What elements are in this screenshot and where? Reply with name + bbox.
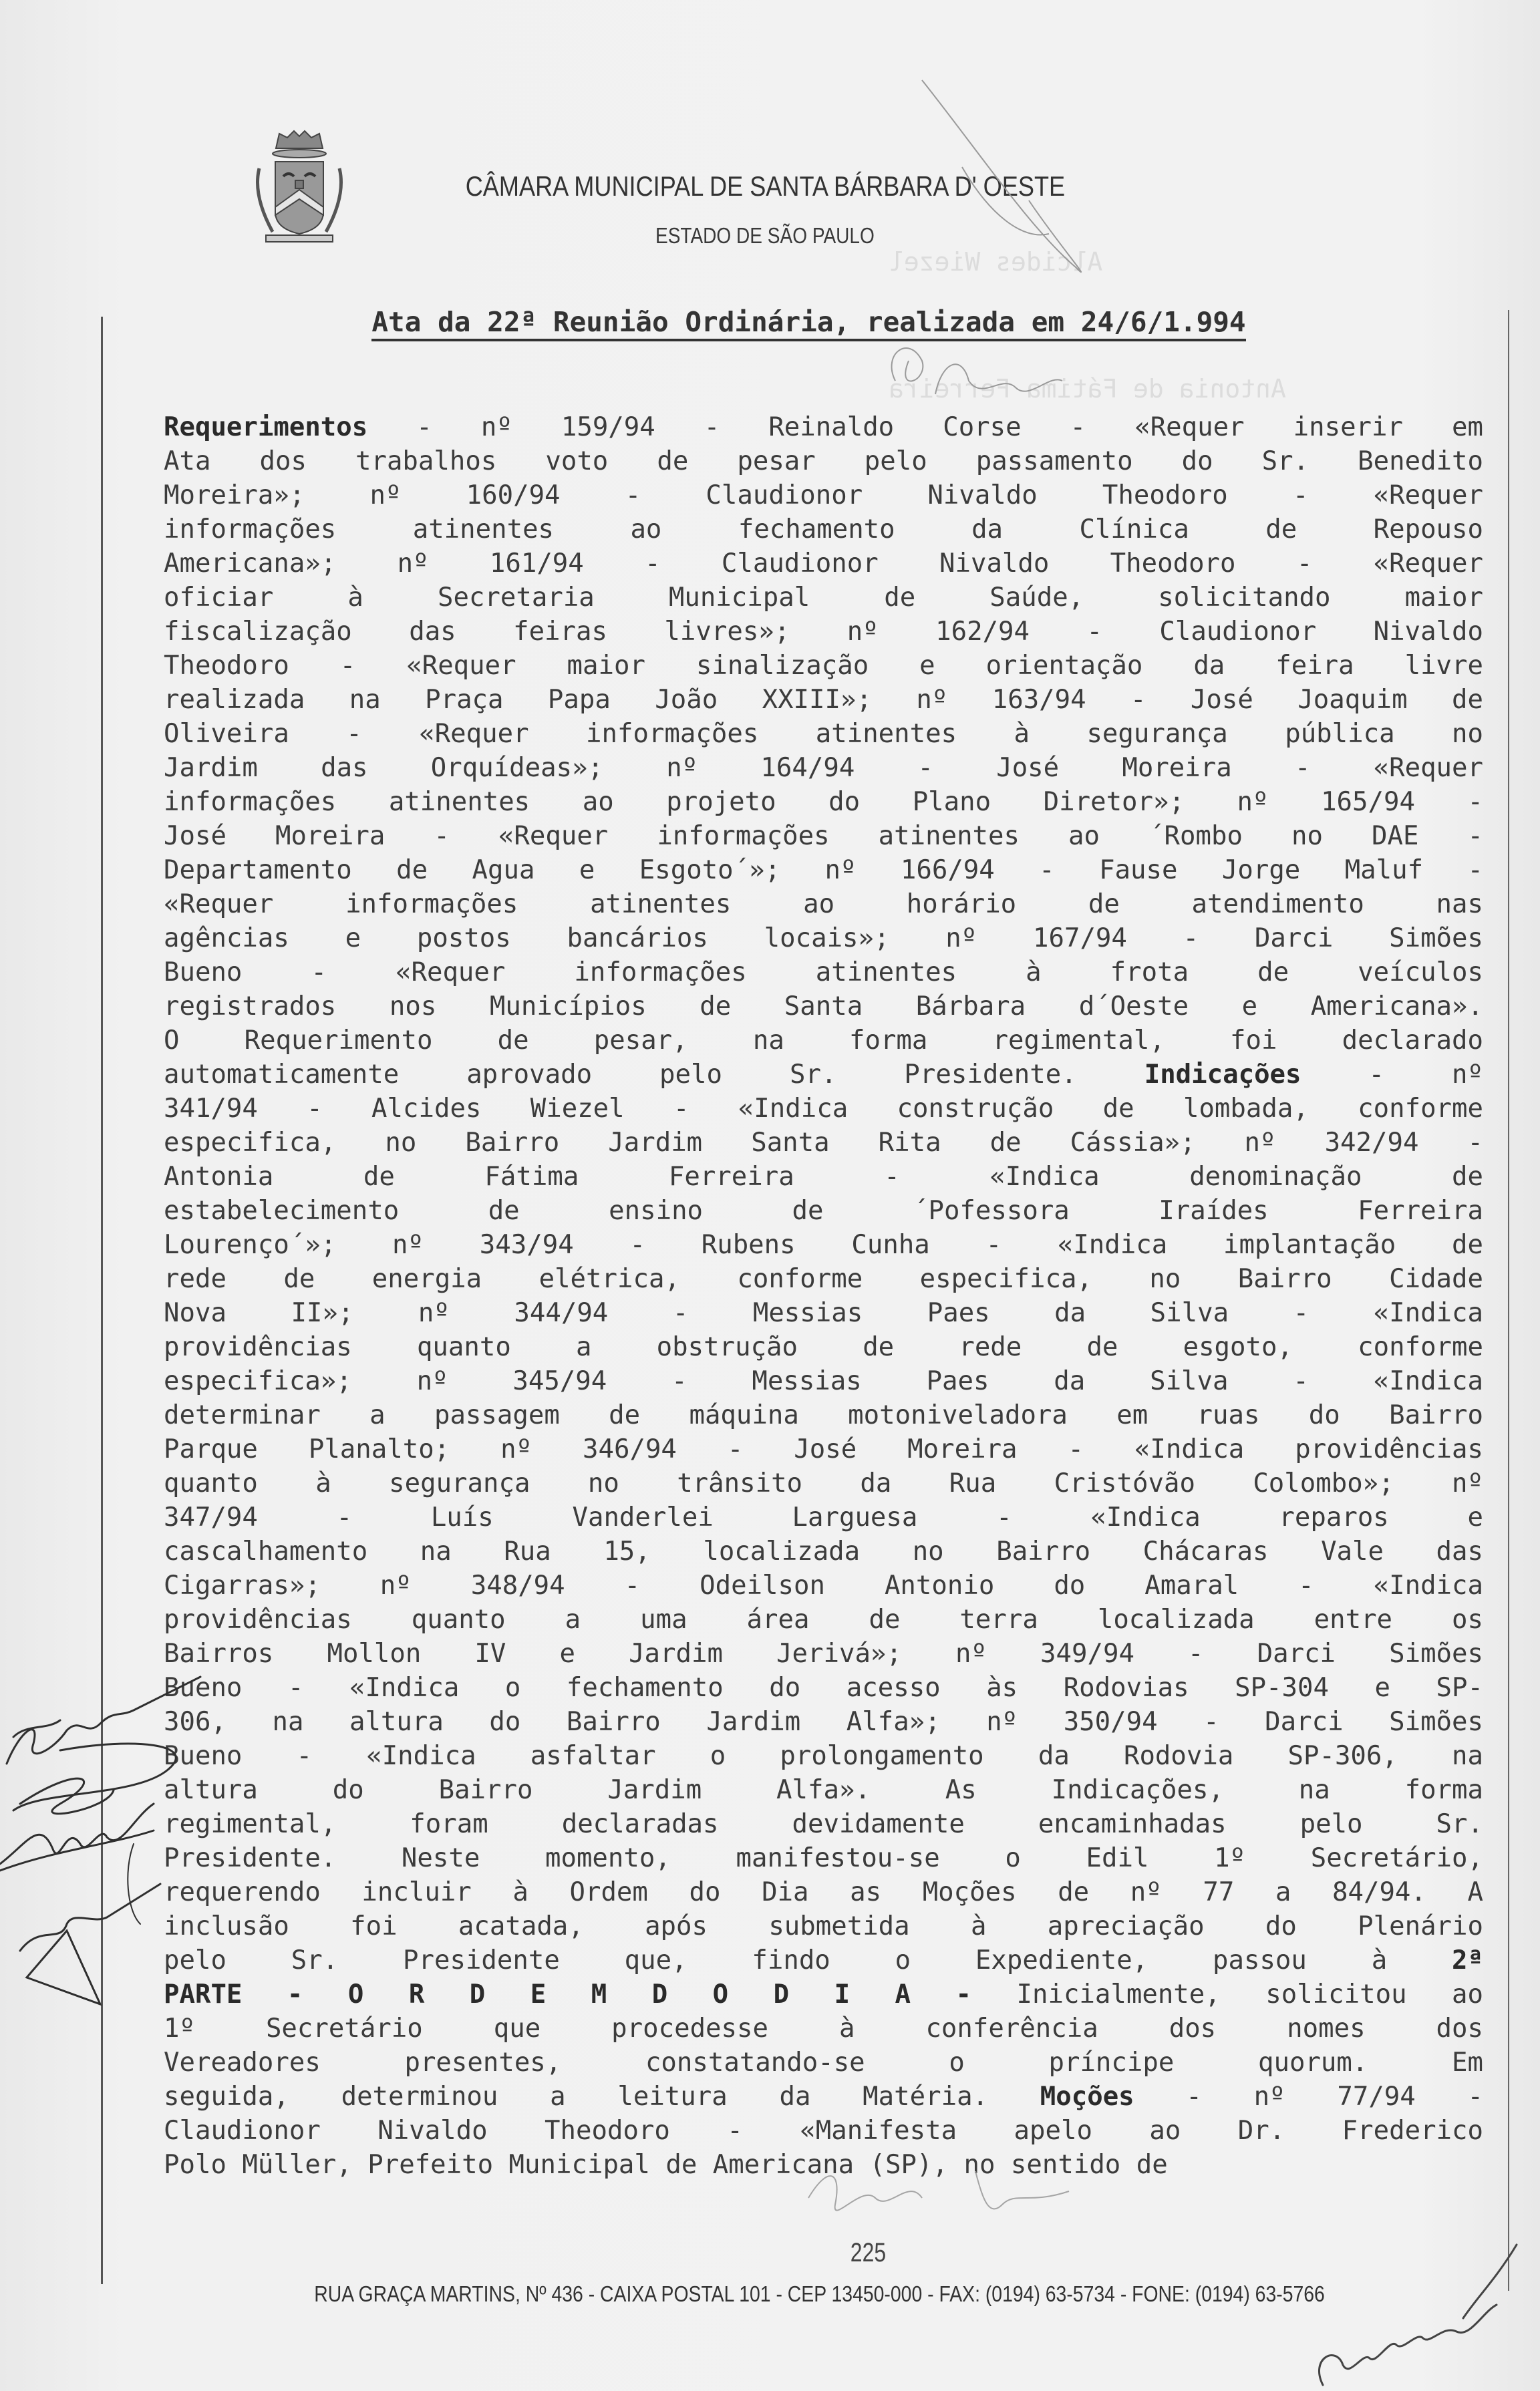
text-line: Bueno - «Indica o fechamento do acesso à… — [164, 1671, 1483, 1705]
text-line: especifica, no Bairro Jardim Santa Rita … — [164, 1126, 1483, 1160]
text-line: O Requerimento de pesar, na forma regime… — [164, 1023, 1483, 1058]
page-number: 225 — [253, 2238, 1485, 2268]
text-line: Departamento de Agua e Esgoto´»; nº 166/… — [164, 853, 1483, 887]
text-line: Lourenço´»; nº 343/94 - Rubens Cunha - «… — [164, 1228, 1483, 1262]
minutes-body: Requerimentos - nº 159/94 - Reinaldo Cor… — [164, 410, 1483, 2182]
text-line: estabelecimento de ensino de ´Pofessora … — [164, 1194, 1483, 1228]
text-line: registrados nos Municípios de Santa Bárb… — [164, 989, 1483, 1023]
text-line: Jardim das Orquídeas»; nº 164/94 - José … — [164, 751, 1483, 785]
text-line: fiscalização das feiras livres»; nº 162/… — [164, 615, 1483, 649]
state-name: ESTADO DE SÃO PAULO — [110, 223, 1419, 249]
text-line: Oliveira - «Requer informações atinentes… — [164, 717, 1483, 751]
text-line: inclusão foi acatada, após submetida à a… — [164, 1909, 1483, 1943]
text-line: Nova II»; nº 344/94 - Messias Paes da Si… — [164, 1296, 1483, 1330]
left-margin-rule — [101, 317, 103, 2284]
reverse-side-bleed-through: Alcides Wiezel — [889, 247, 1102, 277]
text-line: informações atinentes ao projeto do Plan… — [164, 785, 1483, 819]
text-line: requerendo incluir à Ordem do Dia as Moç… — [164, 1875, 1483, 1909]
text-line: cascalhamento na Rua 15, localizada no B… — [164, 1535, 1483, 1569]
text-line: rede de energia elétrica, conforme espec… — [164, 1262, 1483, 1296]
text-line: determinar a passagem de máquina motoniv… — [164, 1398, 1483, 1432]
text-line: realizada na Praça Papa João XXIII»; nº … — [164, 683, 1483, 717]
text-line: Theodoro - «Requer maior sinalização e o… — [164, 649, 1483, 683]
section-heading: Indicações — [1144, 1060, 1301, 1090]
section-heading: PARTE - O R D E M D O D I A - — [164, 1979, 971, 2010]
section-heading: Requerimentos — [164, 412, 367, 442]
section-heading: Moções — [1040, 2082, 1134, 2112]
text-line: 341/94 - Alcides Wiezel - «Indica constr… — [164, 1092, 1483, 1126]
text-line: Cigarras»; nº 348/94 - Odeilson Antonio … — [164, 1569, 1483, 1603]
institution-name: CÂMARA MUNICIPAL DE SANTA BÁRBARA D' OES… — [103, 170, 1427, 202]
reverse-side-bleed-through: Antonia de Fátima Ferreira — [889, 374, 1286, 404]
text-line: Vereadores presentes, constatando-se o p… — [164, 2046, 1483, 2080]
text-line: regimental, foram declaradas devidamente… — [164, 1807, 1483, 1841]
text-line: altura do Bairro Jardim Alfa». As Indica… — [164, 1773, 1483, 1807]
text-line: Ata dos trabalhos voto de pesar pelo pas… — [164, 444, 1483, 478]
text-line: PARTE - O R D E M D O D I A - Inicialmen… — [164, 1977, 1483, 2012]
text-line: especifica»; nº 345/94 - Messias Paes da… — [164, 1364, 1483, 1398]
text-line: automaticamente aprovado pelo Sr. Presid… — [164, 1058, 1483, 1092]
text-line: José Moreira - «Requer informações atine… — [164, 819, 1483, 853]
text-line: 347/94 - Luís Vanderlei Larguesa - «Indi… — [164, 1500, 1483, 1535]
document-title: Ata da 22ª Reunião Ordinária, realizada … — [39, 306, 1540, 338]
right-margin-rule — [1508, 310, 1509, 2291]
document-title-text: Ata da 22ª Reunião Ordinária, realizada … — [371, 306, 1245, 341]
text-line: providências quanto a obstrução de rede … — [164, 1330, 1483, 1364]
text-line: Polo Müller, Prefeito Municipal de Ameri… — [164, 2148, 1483, 2182]
text-line: Parque Planalto; nº 346/94 - José Moreir… — [164, 1432, 1483, 1466]
text-line: quanto à segurança no trânsito da Rua Cr… — [164, 1466, 1483, 1500]
text-line: Bueno - «Requer informações atinentes à … — [164, 955, 1483, 989]
section-heading: 2ª — [1452, 1945, 1483, 1975]
text-line: pelo Sr. Presidente que, findo o Expedie… — [164, 1943, 1483, 1977]
text-line: providências quanto a uma área de terra … — [164, 1603, 1483, 1637]
text-line: Requerimentos - nº 159/94 - Reinaldo Cor… — [164, 410, 1483, 444]
text-line: Moreira»; nº 160/94 - Claudionor Nivaldo… — [164, 478, 1483, 512]
text-line: oficiar à Secretaria Municipal de Saúde,… — [164, 581, 1483, 615]
text-line: Antonia de Fátima Ferreira - «Indica den… — [164, 1160, 1483, 1194]
text-line: «Requer informações atinentes ao horário… — [164, 887, 1483, 921]
text-line: 306, na altura do Bairro Jardim Alfa»; n… — [164, 1705, 1483, 1739]
footer-address: RUA GRAÇA MARTINS, Nº 436 - CAIXA POSTAL… — [112, 2281, 1482, 2307]
text-line: Bairros Mollon IV e Jardim Jerivá»; nº 3… — [164, 1637, 1483, 1671]
text-line: agências e postos bancários locais»; nº … — [164, 921, 1483, 955]
text-line: 1º Secretário que procedesse à conferênc… — [164, 2012, 1483, 2046]
text-line: Claudionor Nivaldo Theodoro - «Manifesta… — [164, 2114, 1483, 2148]
text-line: Bueno - «Indica asfaltar o prolongamento… — [164, 1739, 1483, 1773]
text-line: informações atinentes ao fechamento da C… — [164, 512, 1483, 546]
text-line: Presidente. Neste momento, manifestou-se… — [164, 1841, 1483, 1875]
text-line: Americana»; nº 161/94 - Claudionor Nival… — [164, 546, 1483, 581]
text-line: seguida, determinou a leitura da Matéria… — [164, 2080, 1483, 2114]
